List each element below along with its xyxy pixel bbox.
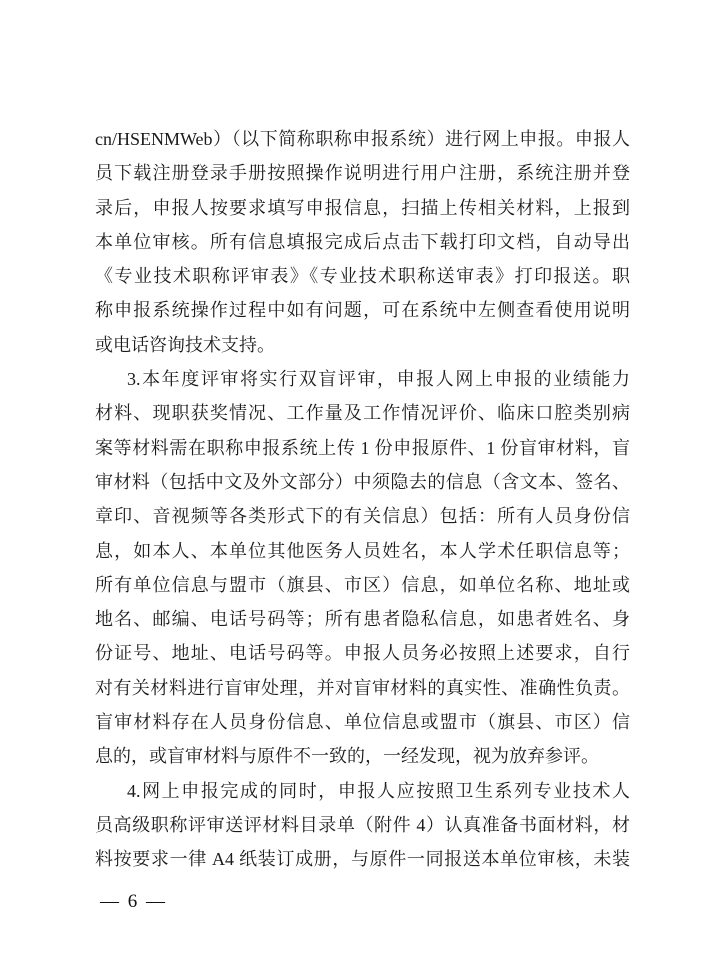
body-line: 录后，申报人按要求填写申报信息，扫描上传相关材料，上报到 <box>95 191 630 225</box>
body-line: 息，如本人、本单位其他医务人员姓名，本人学术任职信息等； <box>95 534 630 568</box>
body-line: 案等材料需在职称申报系统上传 1 份申报原件、1 份盲审材料，盲 <box>95 431 630 465</box>
body-line: 称申报系统操作过程中如有问题，可在系统中左侧查看使用说明 <box>95 293 630 327</box>
body-line: 息的，或盲审材料与原件不一致的，一经发现，视为放弃参评。 <box>95 739 630 773</box>
body-line: 4.网上申报完成的同时，申报人应按照卫生系列专业技术人 <box>95 774 630 808</box>
body-line: 审材料（包括中文及外文部分）中须隐去的信息（含文本、签名、 <box>95 465 630 499</box>
page-number: — 6 — <box>100 891 167 913</box>
body-line: 员高级职称评审送评材料目录单（附件 4）认真准备书面材料，材 <box>95 808 630 842</box>
body-line: 员下载注册登录手册按照操作说明进行用户注册，系统注册并登 <box>95 156 630 190</box>
body-line: 章印、音视频等各类形式下的有关信息）包括：所有人员身份信 <box>95 499 630 533</box>
body-line: 份证号、地址、电话号码等。申报人员务必按照上述要求，自行 <box>95 636 630 670</box>
body-line: 地名、邮编、电话号码等；所有患者隐私信息，如患者姓名、身 <box>95 602 630 636</box>
body-line: 对有关材料进行盲审处理，并对盲审材料的真实性、准确性负责。 <box>95 671 630 705</box>
body-line: 或电话咨询技术支持。 <box>95 328 630 362</box>
body-line: 盲审材料存在人员身份信息、单位信息或盟市（旗县、市区）信 <box>95 705 630 739</box>
document-page: cn/HSENMWeb）（以下简称职称申报系统）进行网上申报。申报人员下载注册登… <box>0 0 706 973</box>
body-line: 本单位审核。所有信息填报完成后点击下载打印文档，自动导出 <box>95 225 630 259</box>
body-line: 《专业技术职称评审表》《专业技术职称送审表》打印报送。职 <box>95 259 630 293</box>
body-line: 所有单位信息与盟市（旗县、市区）信息，如单位名称、地址或 <box>95 568 630 602</box>
body-line: 材料、现职获奖情况、工作量及工作情况评价、临床口腔类别病 <box>95 396 630 430</box>
body-line: 料按要求一律 A4 纸装订成册，与原件一同报送本单位审核，未装 <box>95 842 630 876</box>
text-block: cn/HSENMWeb）（以下简称职称申报系统）进行网上申报。申报人员下载注册登… <box>95 122 630 877</box>
body-line: cn/HSENMWeb）（以下简称职称申报系统）进行网上申报。申报人 <box>95 122 630 156</box>
body-line: 3.本年度评审将实行双盲评审，申报人网上申报的业绩能力 <box>95 362 630 396</box>
